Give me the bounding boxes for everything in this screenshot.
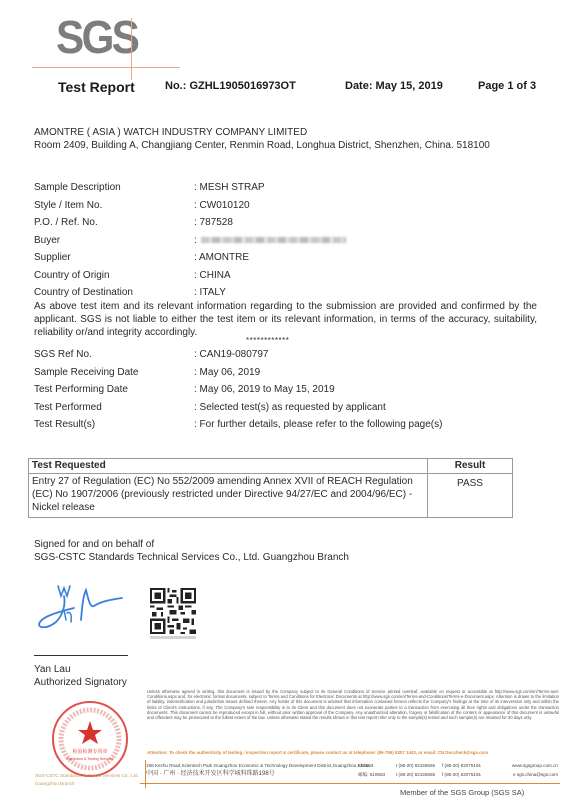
- field-label: Test Result(s): [34, 416, 194, 434]
- stamp-center-text: 检验检测专用章: [72, 748, 107, 755]
- field-label: Country of Destination: [34, 284, 194, 302]
- page-indicator: Page 1 of 3: [478, 80, 536, 92]
- field-value: : MESH STRAP: [194, 179, 265, 197]
- disclaimer-paragraph: As above test item and its relevant info…: [34, 300, 537, 340]
- field-label: Test Performed: [34, 399, 194, 417]
- test-info: SGS Ref No.: CAN19-080797 Sample Receivi…: [34, 346, 442, 434]
- sgs-logo: SGS: [54, 10, 150, 66]
- test-info-row: SGS Ref No.: CAN19-080797: [34, 346, 442, 364]
- report-number: No.: GZHL1905016973OT: [165, 80, 296, 92]
- terms-fine-print: Unless otherwise agreed in writing, this…: [147, 689, 559, 720]
- field-label: SGS Ref No.: [34, 346, 194, 364]
- field-value: : AMONTRE: [194, 249, 249, 267]
- field-label: Supplier: [34, 249, 194, 267]
- address-bar-horizontal: [140, 783, 560, 784]
- field-value: : ITALY: [194, 284, 226, 302]
- field-value: : CW010120: [194, 197, 250, 215]
- column-header-result: Result: [428, 459, 513, 474]
- field-value: : CAN19-080797: [194, 346, 269, 364]
- field-label: Buyer: [34, 232, 194, 250]
- applicant-block: AMONTRE ( ASIA ) WATCH INDUSTRY COMPANY …: [34, 126, 490, 152]
- field-value: : CHINA: [194, 267, 231, 285]
- sample-info-row: P.O. / Ref. No.: 787528: [34, 214, 346, 232]
- stamp-caption-2: Guangzhou Branch: [35, 781, 75, 786]
- fax: f (86-20) 82075191: [442, 761, 488, 770]
- field-value: : 787528: [194, 214, 233, 232]
- sgs-logo-text: SGS: [56, 12, 137, 62]
- sample-info-row: Country of Origin: CHINA: [34, 267, 346, 285]
- address-row-cn: 中国 · 广州 · 经济技术开发区科学城科珠路198号 邮编: 510663 t…: [146, 770, 558, 779]
- test-info-row: Test Performing Date: May 06, 2019 to Ma…: [34, 381, 442, 399]
- sample-info: Sample Description: MESH STRAP Style / I…: [34, 179, 346, 302]
- report-title: Test Report: [58, 79, 135, 95]
- section-separator: ************: [246, 336, 289, 345]
- field-label: Sample Receiving Date: [34, 364, 194, 382]
- office-address: 198 Kezhu Road,Scientech Park Guangzhou …: [146, 761, 558, 779]
- test-info-row: Sample Receiving Date: May 06, 2019: [34, 364, 442, 382]
- fax: f (86-20) 82075191: [442, 770, 488, 779]
- field-label: P.O. / Ref. No.: [34, 214, 194, 232]
- field-value: : For further details, please refer to t…: [194, 416, 442, 434]
- postcode-en: 510663: [358, 761, 396, 770]
- field-label: Style / Item No.: [34, 197, 194, 215]
- field-value: : May 06, 2019: [194, 364, 260, 382]
- sample-info-row: Buyer:: [34, 232, 346, 250]
- logo-crosshair-horizontal: [32, 67, 180, 68]
- sample-info-row: Style / Item No.: CW010120: [34, 197, 346, 215]
- results-table-header: Test Requested Result: [29, 459, 513, 474]
- field-value: : May 06, 2019 to May 15, 2019: [194, 381, 335, 399]
- sample-info-row: Supplier: AMONTRE: [34, 249, 346, 267]
- signature-image: [36, 582, 126, 634]
- table-row: Entry 27 of Regulation (EC) No 552/2009 …: [29, 474, 513, 518]
- stamp-caption-1: SGS-CSTC Standards Technical Services Co…: [35, 773, 139, 778]
- test-info-row: Test Performed: Selected test(s) as requ…: [34, 399, 442, 417]
- buyer-colon: :: [194, 235, 197, 246]
- address-cn: 中国 · 广州 · 经济技术开发区科学城科珠路198号: [146, 770, 358, 779]
- telephone: t (86-20) 82155555: [396, 761, 442, 770]
- sgs-membership: Member of the SGS Group (SGS SA): [400, 788, 524, 797]
- signatory-title: Authorized Signatory: [34, 676, 127, 689]
- field-value: :: [194, 232, 346, 250]
- sample-info-row: Country of Destination: ITALY: [34, 284, 346, 302]
- signatory-name: Yan Lau: [34, 663, 127, 676]
- applicant-company: AMONTRE ( ASIA ) WATCH INDUSTRY COMPANY …: [34, 126, 490, 139]
- signing-company: SGS-CSTC Standards Technical Services Co…: [34, 551, 349, 564]
- field-label: Test Performing Date: [34, 381, 194, 399]
- column-header-test: Test Requested: [29, 459, 428, 474]
- stamp-sub-text: Inspection & Testing Services: [67, 757, 114, 761]
- logo-crosshair-vertical: [131, 18, 132, 80]
- signatory-block: Yan Lau Authorized Signatory: [34, 663, 127, 689]
- sample-info-row: Sample Description: MESH STRAP: [34, 179, 346, 197]
- results-table: Test Requested Result Entry 27 of Regula…: [28, 458, 513, 518]
- field-label: Country of Origin: [34, 267, 194, 285]
- telephone: t (86-20) 82155555: [396, 770, 442, 779]
- field-label: Sample Description: [34, 179, 194, 197]
- qr-caption: [150, 636, 196, 639]
- postcode-cn: 邮编: 510663: [358, 770, 396, 779]
- authenticity-notice: Attention: To check the authenticity of …: [147, 750, 559, 755]
- official-stamp: 检验检测专用章 Inspection & Testing Services SG…: [33, 697, 143, 795]
- test-requested-cell: Entry 27 of Regulation (EC) No 552/2009 …: [29, 474, 428, 518]
- test-info-row: Test Result(s): For further details, ple…: [34, 416, 442, 434]
- address-row-en: 198 Kezhu Road,Scientech Park Guangzhou …: [146, 761, 558, 770]
- qr-code: [150, 588, 196, 634]
- address-en: 198 Kezhu Road,Scientech Park Guangzhou …: [146, 761, 358, 770]
- field-value: : Selected test(s) as requested by appli…: [194, 399, 386, 417]
- report-date: Date: May 15, 2019: [345, 80, 443, 92]
- signed-on-behalf: Signed for and on behalf of SGS-CSTC Sta…: [34, 538, 349, 564]
- website-link[interactable]: www.sgsgroup.com.cn: [488, 761, 558, 770]
- redacted-buyer: [201, 237, 346, 243]
- applicant-address: Room 2409, Building A, Changjiang Center…: [34, 139, 490, 152]
- signature-line: [34, 655, 128, 656]
- result-cell: PASS: [428, 474, 513, 518]
- signed-line: Signed for and on behalf of: [34, 538, 349, 551]
- email-link[interactable]: e sgs.china@sgs.com: [488, 770, 558, 779]
